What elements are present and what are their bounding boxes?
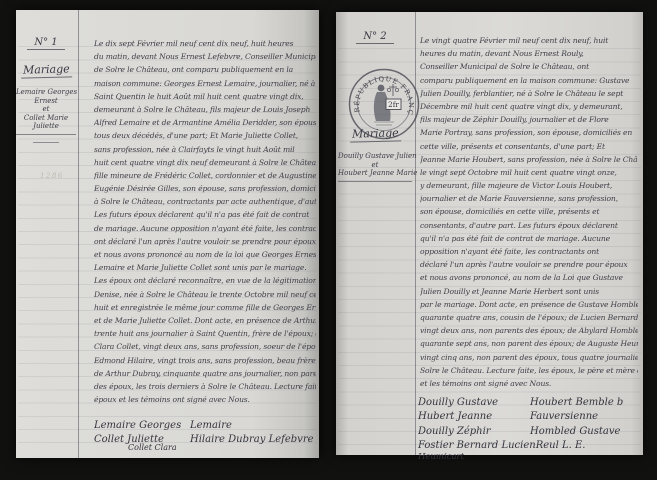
right-page: N° 2 RÉPUBLIQUE FRANÇAISE 2fr bbox=[336, 12, 643, 455]
left-page: N° 1 Mariage Lemaire GeorgesErnestetColl… bbox=[16, 10, 319, 458]
handwritten-line: huit cent quatre vingt dix neuf demeuran… bbox=[94, 156, 316, 169]
handwritten-line: Eugénie Désirée Gilles, son épouse, sans… bbox=[94, 182, 316, 195]
handwritten-line: journalier et de Marie Fauversienne, san… bbox=[420, 192, 638, 205]
handwritten-line: Lemaire et Marie Juliette Collet sont un… bbox=[94, 261, 316, 274]
handwritten-line: quarante quatre ans, cousin de l'époux; … bbox=[420, 311, 638, 324]
handwritten-line: Marie Portray, sans profession, son épou… bbox=[420, 126, 638, 139]
margin-flourish bbox=[33, 142, 59, 143]
margin-name-line: Lemaire Georges bbox=[16, 88, 76, 97]
handwritten-line: de Arthur Dubray, cinquante quatre ans j… bbox=[94, 367, 316, 380]
signature-row: Hubert JeanneFauversienne bbox=[418, 408, 640, 423]
handwritten-line: trente huit ans journalier à Saint Quent… bbox=[94, 327, 316, 340]
margin-name-line: et bbox=[16, 105, 76, 114]
margin-name-line: et bbox=[338, 161, 412, 170]
handwritten-line: Le dix sept Février mil neuf cent dix ne… bbox=[94, 37, 316, 50]
handwritten-line: fils majeur de Zéphir Douilly, journalie… bbox=[420, 113, 638, 126]
handwritten-line: Conseiller Municipal de Solre le Château… bbox=[420, 60, 638, 73]
margin-name-line: Juliette bbox=[16, 122, 76, 131]
margin-name-line: Ernest bbox=[16, 97, 76, 106]
signature: Collet Clara bbox=[128, 443, 224, 452]
handwritten-line: vingt cinq ans, non parent des époux, to… bbox=[420, 351, 638, 364]
handwritten-line: demeurant à Solre le Château, fils majeu… bbox=[94, 103, 316, 116]
couple-names: Lemaire GeorgesErnestetCollet MarieJulie… bbox=[16, 88, 76, 135]
signature: Douilly Gustave bbox=[418, 397, 530, 408]
handwritten-line: Clara Collet, vingt deux ans, sans profe… bbox=[94, 340, 316, 353]
handwritten-line: Saint Quentin le huit Août mil huit cent… bbox=[94, 90, 316, 103]
handwritten-line: Les futurs époux déclarent qu'il n'a pas… bbox=[94, 208, 316, 221]
handwritten-line: ont déclaré l'un après l'autre vouloir s… bbox=[94, 235, 316, 248]
handwritten-line: des époux, les trois derniers à Solre le… bbox=[94, 380, 316, 393]
act-body-text: Le vingt quatre Février mil neuf cent di… bbox=[420, 34, 638, 392]
act-type-label: Mariage bbox=[349, 126, 400, 142]
right-margin-column: N° 2 RÉPUBLIQUE FRANÇAISE 2fr bbox=[338, 24, 412, 182]
signature-block: Douilly GustaveHoubert Bemble bHubert Je… bbox=[418, 393, 640, 462]
signature: Heumicart bbox=[418, 452, 530, 462]
handwritten-line: de Solre le Château, ont comparu publiqu… bbox=[94, 63, 316, 76]
signature-block: Lemaire GeorgesLemaireCollet JulietteHil… bbox=[94, 416, 319, 452]
signature: Reul L. E. bbox=[536, 440, 586, 451]
signature-row: Lemaire GeorgesLemaire bbox=[94, 416, 319, 431]
margin-name-line: Houbert Jeanne Marie bbox=[338, 169, 412, 178]
handwritten-line: époux et les témoins ont signé avec Nous… bbox=[94, 393, 316, 406]
signature-row: Douilly GustaveHoubert Bemble b bbox=[418, 393, 640, 408]
handwritten-line: et nous avons prononcé, au nom de la Loi… bbox=[420, 271, 638, 284]
handwritten-line: son épouse, domiciliés en cette ville, p… bbox=[420, 205, 638, 218]
signature-row: Heumicart bbox=[418, 451, 640, 462]
handwritten-line: tous deux décédés, d'une part; Et Marie … bbox=[94, 129, 316, 142]
couple-names: Douilly Gustave JulienetHoubert Jeanne M… bbox=[338, 152, 412, 182]
act-body-text: Le dix sept Février mil neuf cent dix ne… bbox=[94, 37, 316, 409]
left-margin-column: N° 1 Mariage Lemaire GeorgesErnestetColl… bbox=[16, 30, 76, 143]
act-type-label: Mariage bbox=[20, 62, 71, 78]
handwritten-line: heures du matin, devant Nous Ernest Roul… bbox=[420, 47, 638, 60]
register-scan: N° 1 Mariage Lemaire GeorgesErnestetColl… bbox=[0, 0, 657, 480]
handwritten-line: le vingt sept Octobre mil huit cent quat… bbox=[420, 166, 638, 179]
handwritten-line: consentants, d'autre part. Les futurs ép… bbox=[420, 219, 638, 232]
handwritten-line: sans profession, née à Clairfayts le vin… bbox=[94, 143, 316, 156]
act-number: N° 1 bbox=[27, 37, 64, 50]
handwritten-line: du matin, devant Nous Ernest Lefebvre, C… bbox=[94, 50, 316, 63]
signature: Douilly Zéphir bbox=[418, 426, 530, 437]
margin-name-line: Collet Marie bbox=[16, 114, 76, 123]
signature: Lemaire Georges bbox=[94, 420, 190, 431]
stamp-value: 2fr bbox=[388, 100, 399, 109]
margin-name-line: Douilly Gustave Julien bbox=[338, 152, 412, 161]
handwritten-line: maison commune: Georges Ernest Lemaire, … bbox=[94, 77, 316, 90]
signature: Lemaire bbox=[190, 420, 232, 431]
handwritten-line: Alfred Lemaire et de Armantine Amélia De… bbox=[94, 116, 316, 129]
handwritten-line: par le mariage. Dont acte, en présence d… bbox=[420, 298, 638, 311]
handwritten-line: et les témoins ont signé avec Nous. bbox=[420, 377, 638, 390]
handwritten-line: Décembre mil huit cent quatre vingt dix,… bbox=[420, 100, 638, 113]
signature: Hombled Gustave bbox=[530, 426, 620, 437]
handwritten-line: huit et enregistrée le même jour comme f… bbox=[94, 301, 316, 314]
margin-divider bbox=[78, 10, 79, 458]
handwritten-line: Julien Douilly et Jeanne Marie Herbert s… bbox=[420, 285, 638, 298]
handwritten-line: vingt deux ans, non parents des époux; d… bbox=[420, 324, 638, 337]
act-number: N° 2 bbox=[356, 31, 393, 44]
handwritten-line: Jeanne Marie Houbert, sans profession, n… bbox=[420, 153, 638, 166]
signature: Hubert Jeanne bbox=[418, 411, 530, 422]
handwritten-line: fille mineure de Frédéric Collet, cordon… bbox=[94, 169, 316, 182]
signature: Fauversienne bbox=[530, 411, 598, 422]
signature-row: Fostier Bernard LucienReul L. E. bbox=[418, 437, 640, 452]
handwritten-line: cette ville, présents et consentants, d'… bbox=[420, 140, 638, 153]
handwritten-line: Edmond Hilaire, vingt trois ans, sans pr… bbox=[94, 354, 316, 367]
handwritten-line: opposition n'ayant été faite, les contra… bbox=[420, 245, 638, 258]
handwritten-line: quarante sept ans, non parent des époux;… bbox=[420, 337, 638, 350]
handwritten-line: de mariage. Aucune opposition n'ayant ét… bbox=[94, 222, 316, 235]
handwritten-line: Solre le Château. Lecture faite, les épo… bbox=[420, 364, 638, 377]
signature: Fostier Bernard Lucien bbox=[418, 440, 536, 451]
handwritten-line: déclaré l'un après l'autre vouloir se pr… bbox=[420, 258, 638, 271]
handwritten-line: et nous avons prononcé au nom de la loi … bbox=[94, 248, 316, 261]
handwritten-line: Julien Douilly, ferblantier, né à Solre … bbox=[420, 87, 638, 100]
handwritten-line: à Solre le Château, contractants par act… bbox=[94, 195, 316, 208]
handwritten-line: Denise, née à Solre le Château le trente… bbox=[94, 288, 316, 301]
handwritten-line: Le vingt quatre Février mil neuf cent di… bbox=[420, 34, 638, 47]
handwritten-line: qu'il n'a pas été fait de contrat de mar… bbox=[420, 232, 638, 245]
signature: Houbert Bemble b bbox=[530, 397, 623, 408]
handwritten-line: et de Marie Juliette Collet. Dont acte, … bbox=[94, 314, 316, 327]
pencil-note: 1286 bbox=[40, 172, 64, 180]
signature-row: Douilly ZéphirHombled Gustave bbox=[418, 422, 640, 437]
handwritten-line: y demeurant, fille majeure de Victor Lou… bbox=[420, 179, 638, 192]
handwritten-line: comparu publiquement en la maison commun… bbox=[420, 74, 638, 87]
handwritten-line: Les époux ont déclaré reconnaître, en vu… bbox=[94, 274, 316, 287]
